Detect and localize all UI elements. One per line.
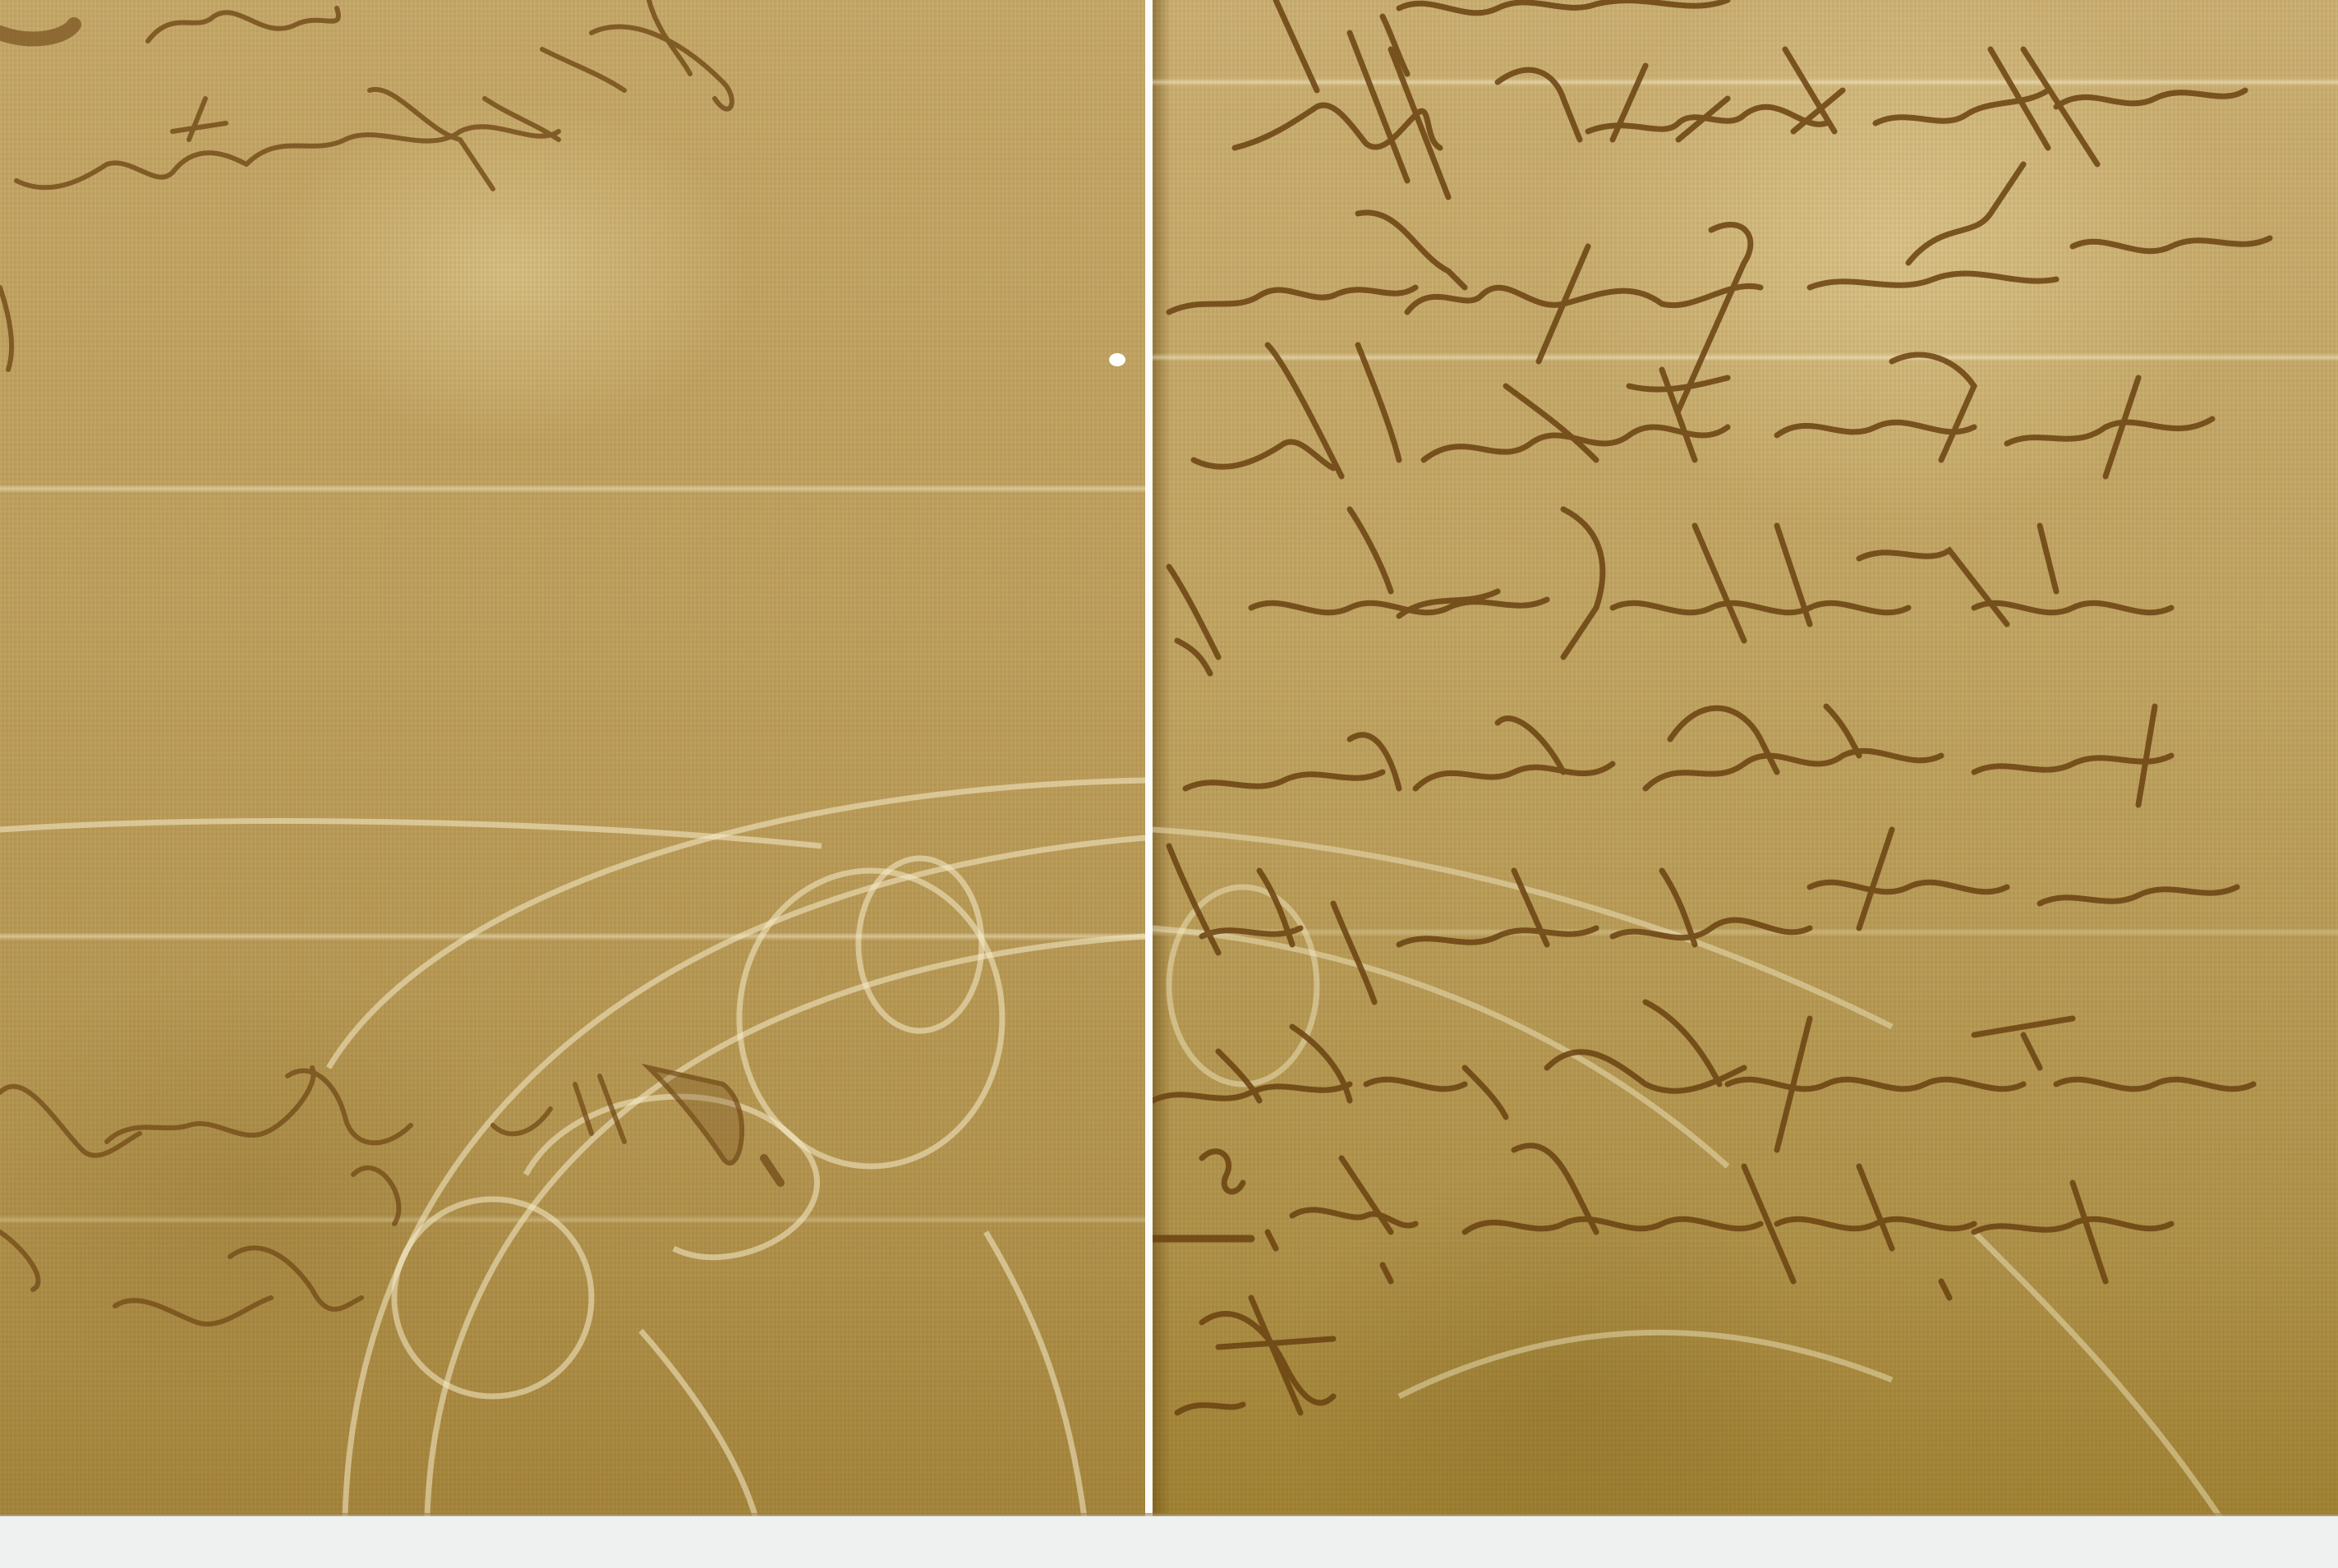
- background-surface: [0, 1516, 2338, 1568]
- handwriting-left: [0, 0, 1145, 1518]
- handwriting-right: [1153, 0, 2338, 1518]
- right-manuscript-sheet: [1153, 0, 2338, 1518]
- sheet-gap: [1145, 0, 1153, 1518]
- left-manuscript-sheet: [0, 0, 1145, 1518]
